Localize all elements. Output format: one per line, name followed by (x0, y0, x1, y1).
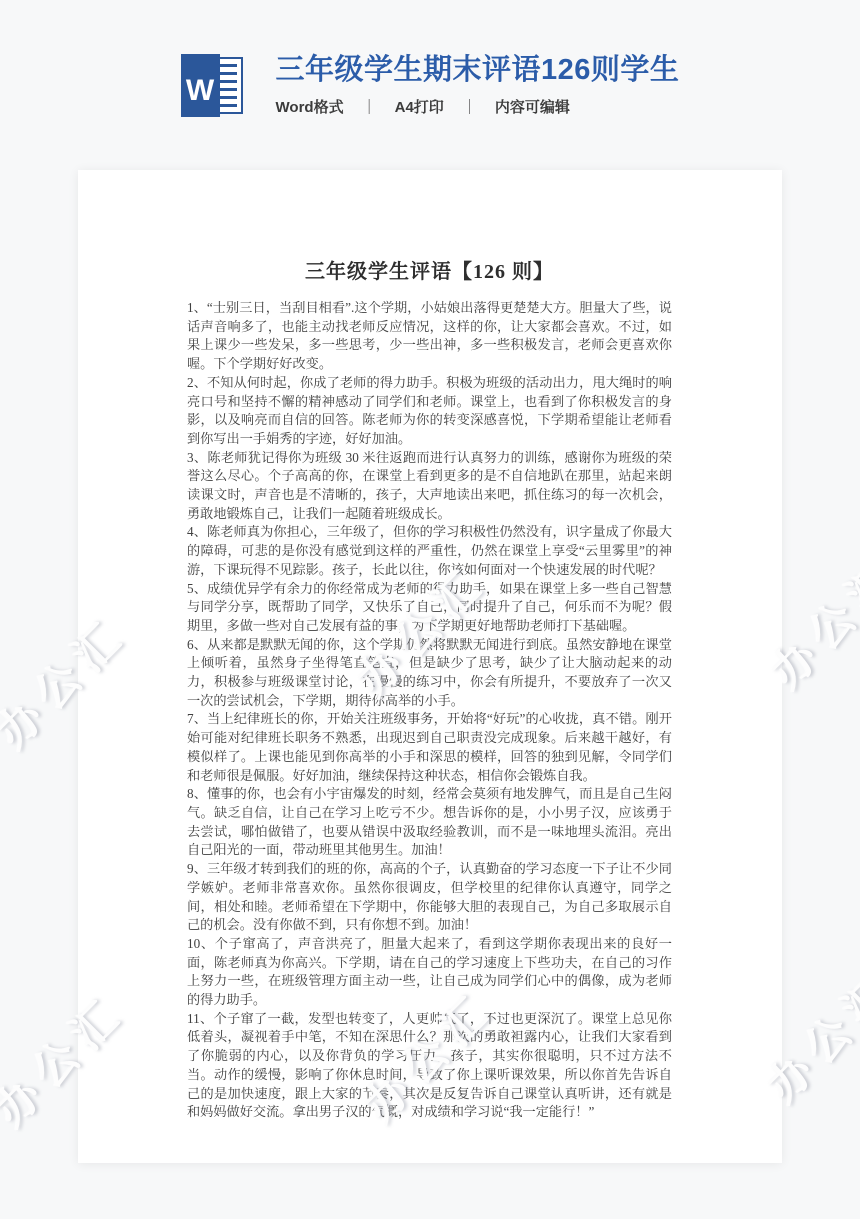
subtitle-separator: ｜ (462, 99, 477, 116)
paragraph-7: 7、当上纪律班长的你，开始关注班级事务，开始将“好玩”的心收拢，真不错。刚开始可… (187, 710, 672, 785)
page-title: 三年级学生期末评语126则学生 (276, 54, 680, 87)
paragraph-11: 11、个子窜了一截，发型也转变了，人更帅气了，不过也更深沉了。课堂上总见你低着头… (187, 1010, 672, 1122)
word-document-icon: W (181, 54, 245, 118)
paragraph-1: 1、“士别三日，当刮目相看”.这个学期，小姑娘出落得更楚楚大方。胆量大了些，说话… (187, 299, 672, 374)
document-body: 1、“士别三日，当刮目相看”.这个学期，小姑娘出落得更楚楚大方。胆量大了些，说话… (187, 299, 672, 1122)
page-subtitle: Word格式｜A4打印｜内容可编辑 (276, 96, 680, 117)
paragraph-2: 2、不知从何时起，你成了老师的得力助手。积极为班级的活动出力，甩大绳时的响亮口号… (187, 374, 672, 449)
paragraph-5: 5、成绩优异学有余力的你经常成为老师的得力助手，如果在课堂上多一些自己智慧与同学… (187, 580, 672, 636)
document-title: 三年级学生评语【126 则】 (187, 255, 672, 284)
header: W 三年级学生期末评语126则学生 Word格式｜A4打印｜内容可编辑 (0, 54, 860, 118)
subtitle-a4-print: A4打印 (395, 99, 444, 116)
paragraph-4: 4、陈老师真为你担心，三年级了，但你的学习积极性仍然没有，识字量成了你最大的障碍… (187, 523, 672, 579)
paragraph-6: 6、从来都是默默无闻的你，这个学期仍然将默默无闻进行到底。虽然安静地在课堂上倾听… (187, 636, 672, 711)
subtitle-separator: ｜ (362, 99, 377, 116)
word-icon-panel: W (181, 54, 220, 117)
subtitle-word-format: Word格式 (276, 99, 344, 116)
paragraph-8: 8、懂事的你，也会有小宇宙爆发的时刻，经常会莫须有地发脾气，而且是自己生闷气。缺… (187, 785, 672, 860)
document-page: 三年级学生评语【126 则】 1、“士别三日，当刮目相看”.这个学期，小姑娘出落… (78, 170, 782, 1163)
paragraph-10: 10、个子窜高了，声音洪亮了，胆量大起来了，看到这学期你表现出来的良好一面，陈老… (187, 935, 672, 1010)
word-icon-letter: W (186, 66, 214, 106)
header-text: 三年级学生期末评语126则学生 Word格式｜A4打印｜内容可编辑 (276, 54, 680, 117)
subtitle-editable: 内容可编辑 (495, 99, 570, 116)
paragraph-9: 9、三年级才转到我们的班的你，高高的个子，认真勤奋的学习态度一下子让不少同学嫉妒… (187, 860, 672, 935)
paragraph-3: 3、陈老师犹记得你为班级 30 米往返跑而进行认真努力的训练，感谢你为班级的荣誉… (187, 449, 672, 524)
